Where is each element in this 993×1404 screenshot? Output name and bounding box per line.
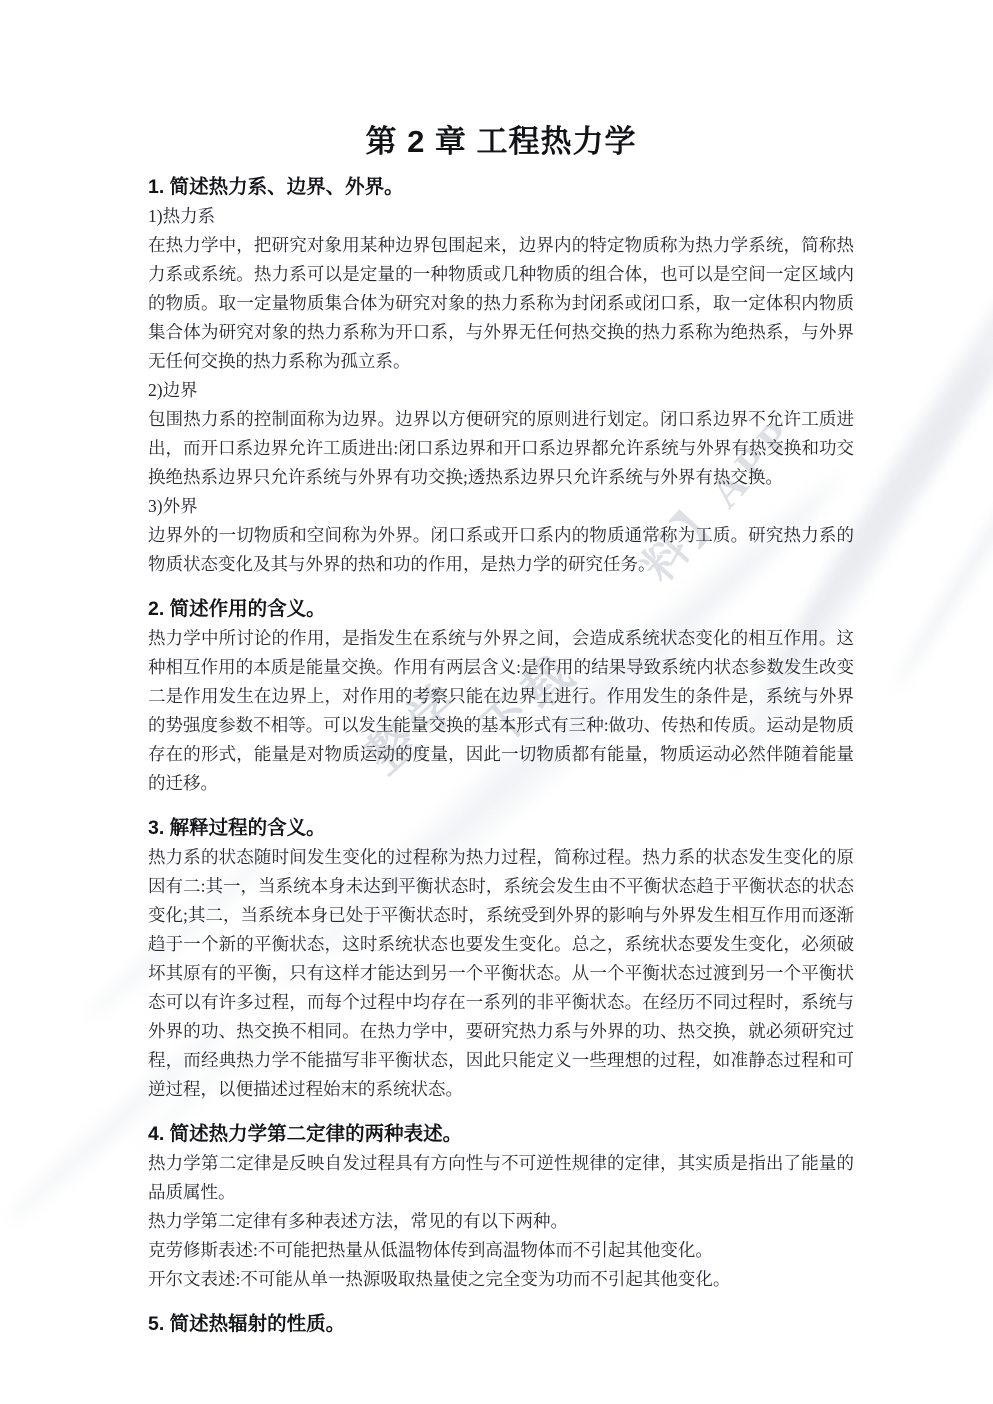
question-section-2: 2. 简述作用的含义。 热力学中所讨论的作用，是指发生在系统与外界之间，会造成系… — [148, 595, 854, 798]
answer-paragraph: 包围热力系的控制面称为边界。边界以方便研究的原则进行划定。闭口系边界不允许工质进… — [148, 405, 854, 492]
question-section-1: 1. 简述热力系、边界、外界。 1)热力系 在热力学中，把研究对象用某种边界包围… — [148, 173, 854, 579]
question-section-4: 4. 简述热力学第二定律的两种表述。 热力学第二定律是反映自发过程具有方向性与不… — [148, 1120, 854, 1294]
answer-paragraph: 热力系的状态随时间发生变化的过程称为热力过程，简称过程。热力系的状态发生变化的原… — [148, 843, 854, 1104]
watermark-streak — [833, 248, 993, 612]
answer-paragraph: 热力学中所讨论的作用，是指发生在系统与外界之间，会造成系统状态变化的相互作用。这… — [148, 624, 854, 798]
answer-paragraph: 热力学第二定律是反映自发过程具有方向性与不可逆性规律的定律，其实质是指出了能量的… — [148, 1149, 854, 1207]
question-section-3: 3. 解释过程的含义。 热力系的状态随时间发生变化的过程称为热力过程，简称过程。… — [148, 814, 854, 1104]
answer-subheading: 3)外界 — [148, 492, 854, 521]
chapter-title: 第 2 章 工程热力学 — [148, 120, 854, 164]
document-page: 整学 下载 料】APP 第 2 章 工程热力学 1. 简述热力系、边界、外界。 … — [0, 0, 993, 1404]
answer-paragraph: 克劳修斯表述:不可能把热量从低温物体传到高温物体而不引起其他变化。 — [148, 1236, 854, 1265]
watermark-streak — [907, 182, 993, 497]
question-heading: 3. 解释过程的含义。 — [148, 814, 854, 843]
answer-paragraph: 在热力学中，把研究对象用某种边界包围起来，边界内的特定物质称为热力学系统，简称热… — [148, 231, 854, 376]
answer-paragraph: 热力学第二定律有多种表述方法，常见的有以下两种。 — [148, 1207, 854, 1236]
question-section-5: 5. 简述热辐射的性质。 — [148, 1310, 854, 1339]
watermark-streak — [890, 430, 993, 691]
answer-subheading: 2)边界 — [148, 376, 854, 405]
question-heading: 1. 简述热力系、边界、外界。 — [148, 173, 854, 202]
question-heading: 5. 简述热辐射的性质。 — [148, 1310, 854, 1339]
answer-paragraph: 开尔文表述:不可能从单一热源吸取热量使之完全变为功而不引起其他变化。 — [148, 1265, 854, 1294]
answer-paragraph: 边界外的一切物质和空间称为外界。闭口系或开口系内的物质通常称为工质。研究热力系的… — [148, 521, 854, 579]
document-content: 第 2 章 工程热力学 1. 简述热力系、边界、外界。 1)热力系 在热力学中，… — [148, 120, 854, 1339]
answer-subheading: 1)热力系 — [148, 202, 854, 231]
question-heading: 4. 简述热力学第二定律的两种表述。 — [148, 1120, 854, 1149]
question-heading: 2. 简述作用的含义。 — [148, 595, 854, 624]
